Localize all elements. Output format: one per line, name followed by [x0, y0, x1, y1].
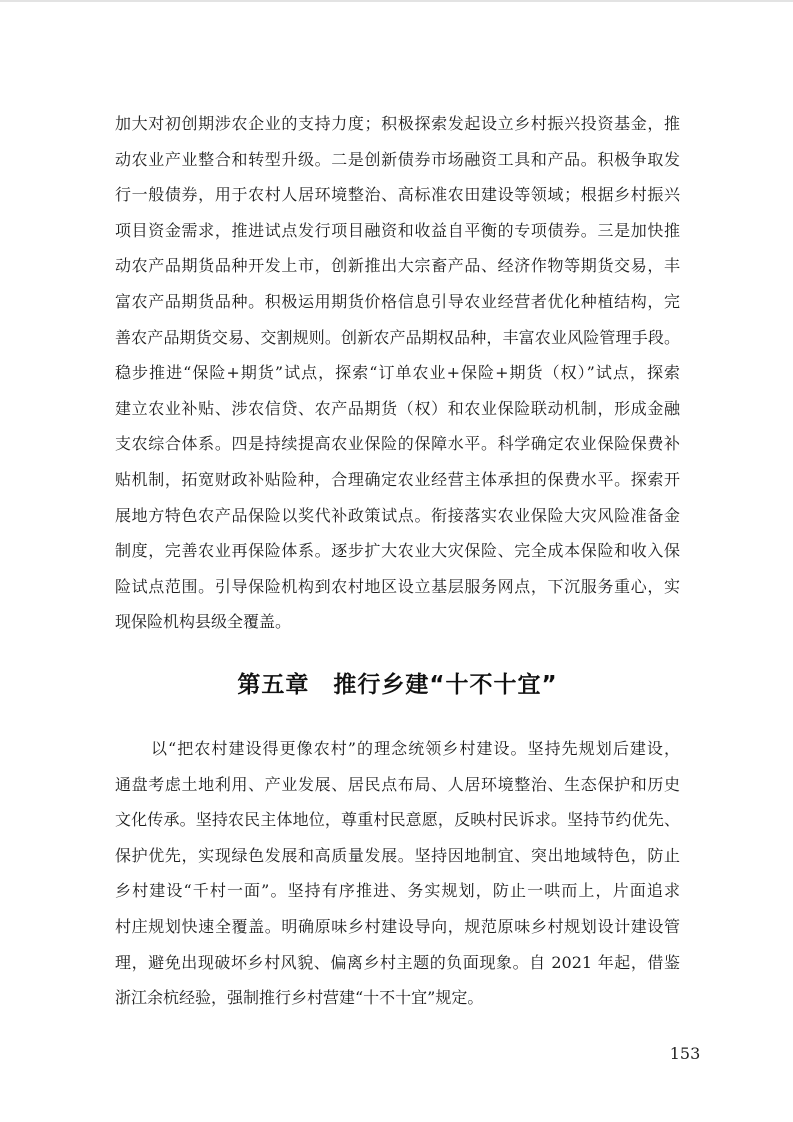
- text-line: 理，避免出现破坏乡村风貌、偏离乡村主题的负面现象。自 2021 年起，借鉴: [115, 945, 680, 981]
- text-line: 乡村建设“千村一面”。坚持有序推进、务实规划，防止一哄而上，片面追求: [115, 873, 680, 909]
- text-line: 善农产品期货交易、交割规则。创新农产品期权品种，丰富农业风险管理手段。: [115, 320, 680, 356]
- page-number: 153: [645, 1044, 725, 1064]
- text-line: 文化传承。坚持农民主体地位，尊重村民意愿，反映村民诉求。坚持节约优先、: [115, 802, 680, 838]
- text-line: 保护优先，实现绿色发展和高质量发展。坚持因地制宜、突出地域特色，防止: [115, 838, 680, 874]
- text-line: 加大对初创期涉农企业的支持力度；积极探索发起设立乡村振兴投资基金，推: [115, 106, 680, 142]
- text-line: 行一般债券，用于农村人居环境整治、高标准农田建设等领域；根据乡村振兴: [115, 177, 680, 213]
- text-line: 展地方特色农产品保险以奖代补政策试点。衔接落实农业保险大灾风险准备金: [115, 498, 680, 534]
- text-line: 支农综合体系。四是持续提高农业保险的保障水平。科学确定农业保险保费补: [115, 426, 680, 462]
- paragraph-rural-construction: 以“把农村建设得更像农村”的理念统领乡村建设。坚持先规划后建设， 通盘考虑土地利…: [115, 731, 680, 1016]
- chapter-heading: 第五章 推行乡建“十不十宜”: [115, 667, 680, 703]
- text-line: 制度，完善农业再保险体系。逐步扩大农业大灾保险、完全成本保险和收入保: [115, 533, 680, 569]
- text-line: 贴机制，拓宽财政补贴险种，合理确定农业经营主体承担的保费水平。探索开: [115, 462, 680, 498]
- text-line: 动农产品期货品种开发上市，创新推出大宗畜产品、经济作物等期货交易，丰: [115, 248, 680, 284]
- scan-edge-artifact: [0, 0, 793, 2]
- text-line: 建立农业补贴、涉农信贷、农产品期货（权）和农业保险联动机制，形成金融: [115, 391, 680, 427]
- document-page: 加大对初创期涉农企业的支持力度；积极探索发起设立乡村振兴投资基金，推 动农业产业…: [0, 0, 793, 1122]
- text-line: 浙江余杭经验，强制推行乡村营建“十不十宜”规定。: [115, 980, 680, 1016]
- text-line: 项目资金需求，推进试点发行项目融资和收益自平衡的专项债券。三是加快推: [115, 213, 680, 249]
- text-line: 村庄规划快速全覆盖。明确原味乡村建设导向，规范原味乡村规划设计建设管: [115, 909, 680, 945]
- text-line: 动农业产业整合和转型升级。二是创新债券市场融资工具和产品。积极争取发: [115, 142, 680, 178]
- text-line: 以“把农村建设得更像农村”的理念统领乡村建设。坚持先规划后建设，: [115, 731, 680, 767]
- text-line: 稳步推进“保险+期货”试点，探索“订单农业+保险+期货（权）”试点，探索: [115, 355, 680, 391]
- text-line: 通盘考虑土地利用、产业发展、居民点布局、人居环境整治、生态保护和历史: [115, 767, 680, 803]
- text-line: 富农产品期货品种。积极运用期货价格信息引导农业经营者优化种植结构，完: [115, 284, 680, 320]
- paragraph-rural-finance: 加大对初创期涉农企业的支持力度；积极探索发起设立乡村振兴投资基金，推 动农业产业…: [115, 106, 680, 640]
- text-line: 险试点范围。引导保险机构到农村地区设立基层服务网点，下沉服务重心，实: [115, 569, 680, 605]
- text-line: 现保险机构县级全覆盖。: [115, 604, 680, 640]
